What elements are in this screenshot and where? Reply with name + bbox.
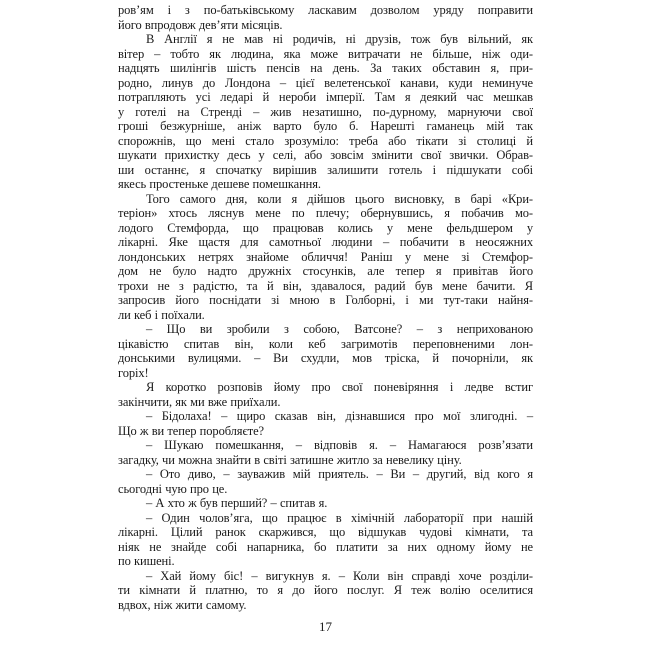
text-line: горіх!: [118, 366, 533, 381]
text-line: родно, линув до Лондона – цієї велетенсь…: [118, 76, 533, 91]
text-line: трохи не з радістю, та й він, здавалося,…: [118, 279, 533, 294]
text-line: донськими вулицями. – Ви схудли, мов трі…: [118, 351, 533, 366]
text-line: – Ото диво, – зауважив мій приятель. – В…: [118, 467, 533, 482]
text-line: спорожнів, що мені стало зрозуміло: треб…: [118, 134, 533, 149]
text-line: надцять шилінгів шість пенсів на день. З…: [118, 61, 533, 76]
text-line: сьогодні чую про це.: [118, 482, 533, 497]
page-text-block: ров’ям і з по-батьківському ласкавим доз…: [118, 3, 533, 612]
text-line: лодого Стемфорда, що працював колись у м…: [118, 221, 533, 236]
page-number: 17: [118, 619, 533, 634]
text-line: у готелі на Стренді – жив незатишно, по-…: [118, 105, 533, 120]
text-line: запросив його поснідати зі мною в Голбор…: [118, 293, 533, 308]
text-line: лікарні. Яке щастя для самотньої людини …: [118, 235, 533, 250]
text-line: шукати прихистку десь у селі, або зовсім…: [118, 148, 533, 163]
text-line: – Один чолов’яга, що працює в хімічній л…: [118, 511, 533, 526]
text-line: вітер – тобто як людина, яка може витрач…: [118, 47, 533, 62]
text-line: теріон» хтось ляснув мене по плечу; обер…: [118, 206, 533, 221]
text-line: ров’ям і з по-батьківському ласкавим доз…: [118, 3, 533, 18]
text-line: його впродовж дев’яти місяців.: [118, 18, 533, 33]
text-line: ли кеб і поїхали.: [118, 308, 533, 323]
text-line: якесь простеньке дешеве помешкання.: [118, 177, 533, 192]
text-line: лондонських нетрях знайоме обличчя! Рані…: [118, 250, 533, 265]
book-page: ров’ям і з по-батьківському ласкавим доз…: [0, 0, 650, 650]
text-line: Того самого дня, коли я дійшов цього вис…: [118, 192, 533, 207]
text-line: ти кімнати й платню, то я до його послуг…: [118, 583, 533, 598]
text-line: В Англії я не мав ні родичів, ні друзів,…: [118, 32, 533, 47]
text-line: вдвох, ніж жити самому.: [118, 598, 533, 613]
text-line: – Хай йому біс! – вигукнув я. – Коли він…: [118, 569, 533, 584]
text-line: цікавістю спитав він, коли кеб загримоті…: [118, 337, 533, 352]
text-line: ніяк не знайде собі напарника, бо платит…: [118, 540, 533, 555]
text-line: – А хто ж був перший? – спитав я.: [118, 496, 533, 511]
text-line: Я коротко розповів йому про свої поневір…: [118, 380, 533, 395]
text-line: загадку, чи можна знайти в світі затишне…: [118, 453, 533, 468]
text-line: – Що ви зробили з собою, Ватсоне? – з не…: [118, 322, 533, 337]
text-line: гроші безжурніше, аніж варто було б. Нар…: [118, 119, 533, 134]
text-line: Що ж ви тепер поробляєте?: [118, 424, 533, 439]
text-line: по кишені.: [118, 554, 533, 569]
text-line: – Шукаю помешкання, – відповів я. – Нама…: [118, 438, 533, 453]
text-line: потрапляють усі ледарі й нероби імперії.…: [118, 90, 533, 105]
text-line: закінчити, як ми вже приїхали.: [118, 395, 533, 410]
text-line: – Бідолаха! – щиро сказав він, дізнавшис…: [118, 409, 533, 424]
text-line: ши останнє, я спочатку вирішив залишити …: [118, 163, 533, 178]
text-line: дом не було надто дружніх стосунків, але…: [118, 264, 533, 279]
text-line: лікарні. Цілий ранок скаржився, що відшу…: [118, 525, 533, 540]
